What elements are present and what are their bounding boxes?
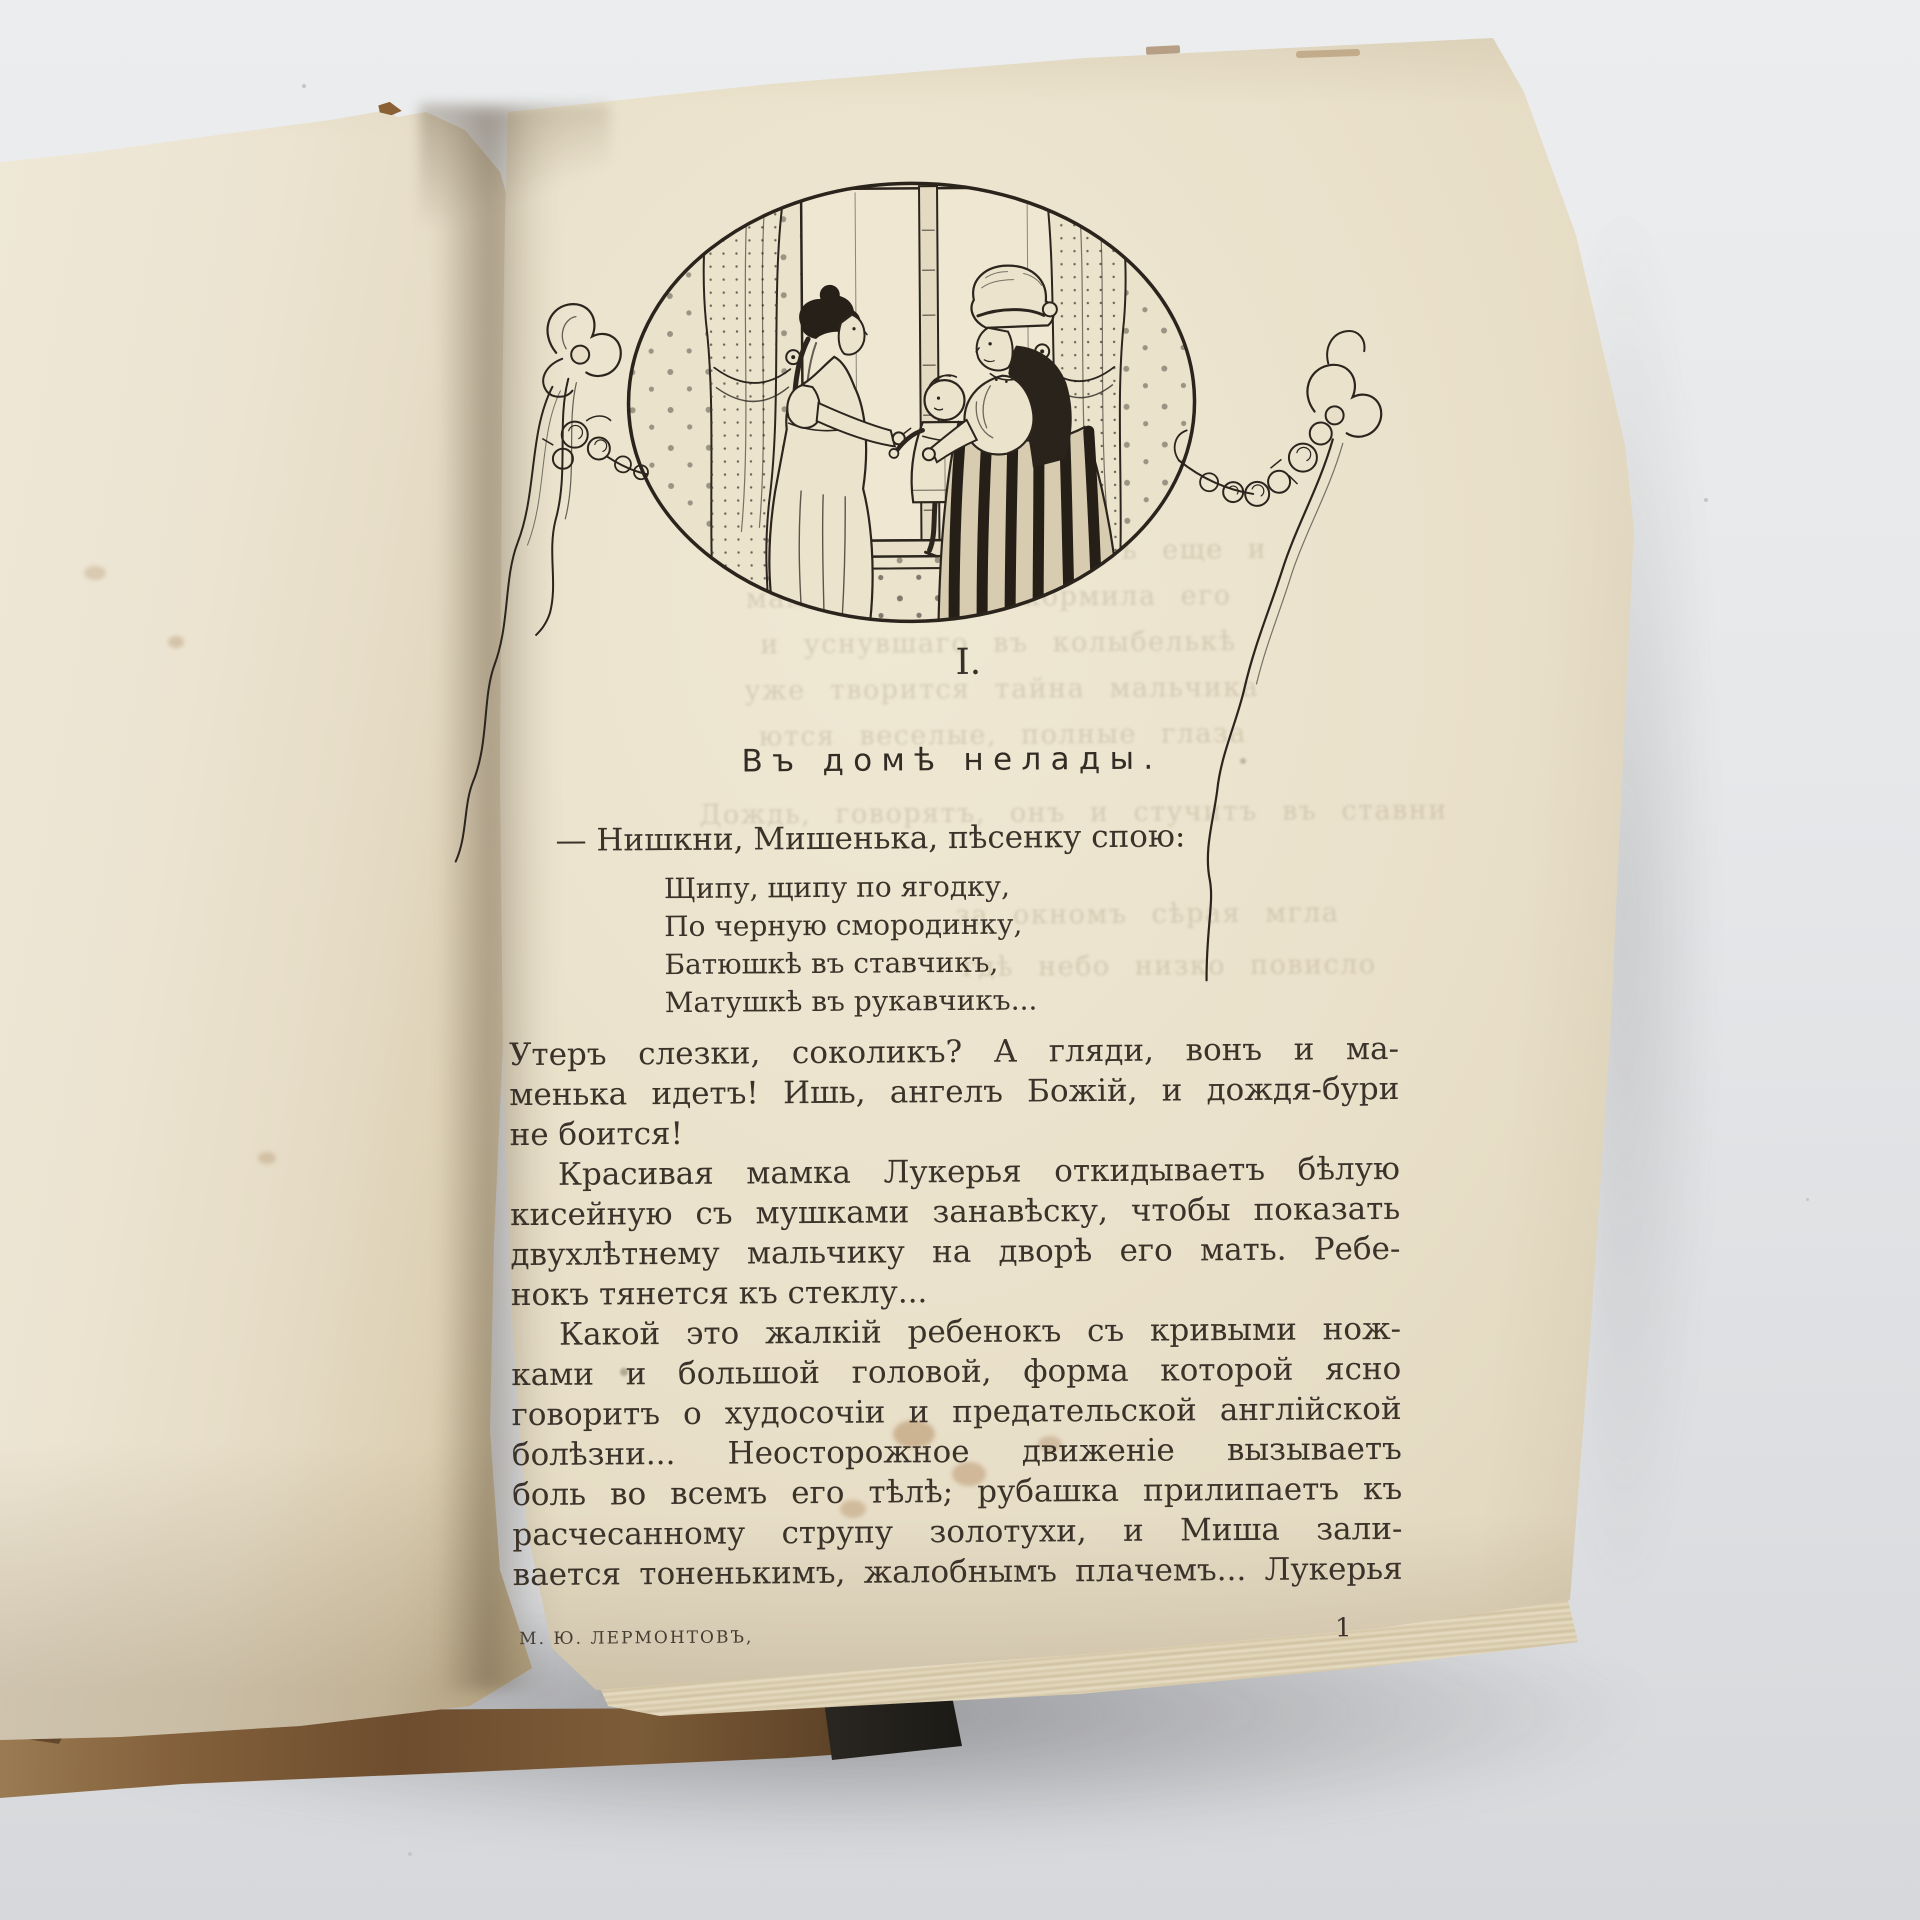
- text-line: не боится!: [510, 1111, 1400, 1157]
- running-title: М. Ю. ЛЕРМОНТОВЪ,: [519, 1627, 753, 1649]
- text-line: боль во всемъ его тѣлѣ; рубашка прилипае…: [512, 1471, 1402, 1517]
- poem-line: По черную смородинку,: [664, 906, 1224, 948]
- text-line: болѣзни... Неосторожное движеніе вызывае…: [512, 1431, 1402, 1477]
- body-text: Утеръ слезки, соколикъ? А гляди, вонъ и …: [509, 1031, 1403, 1597]
- text-line: вается тоненькимъ, жалобнымъ плачемъ... …: [513, 1551, 1403, 1597]
- text-line: говоритъ о худосочіи и предательской анг…: [511, 1391, 1401, 1437]
- page-content: пѣсенку Миши знаетъ еще имамка Лукерья к…: [0, 0, 1706, 1767]
- poem-line: Щипу, щипу по ягодку,: [664, 868, 1224, 910]
- text-line: ками и большой головой, форма которой яс…: [511, 1351, 1401, 1397]
- text-line: нокъ тянется къ стеклу...: [511, 1271, 1401, 1317]
- chapter-title: Въ домѣ нелады.: [507, 739, 1397, 781]
- text-line: Красивая мамка Лукерья откидываетъ бѣлую: [510, 1151, 1400, 1197]
- poem-line: Батюшкѣ въ ставчикъ,: [664, 944, 1224, 986]
- text-line: расчесанному струпу золотухи, и Миша зал…: [512, 1511, 1402, 1557]
- text-line: Утеръ слезки, соколикъ? А гляди, вонъ и …: [509, 1031, 1399, 1077]
- dust-speck: [1806, 1198, 1809, 1201]
- folk-song-verse: Щипу, щипу по ягодку,По черную смородинк…: [664, 868, 1225, 1024]
- dust-speck: [408, 1852, 412, 1856]
- chapter-number: I.: [898, 641, 1038, 683]
- text-line: менька идетъ! Ишь, ангелъ Божій, и дождя…: [509, 1071, 1399, 1117]
- poem-line: Матушкѣ въ рукавчикъ...: [665, 982, 1225, 1024]
- vignette-scene: [615, 168, 1218, 650]
- page-number: 1: [1335, 1613, 1352, 1643]
- photo-of-open-book: пѣсенку Миши знаетъ еще имамка Лукерья к…: [0, 0, 1920, 1920]
- dialogue-line: — Нишкни, Мишенька, пѣсенку спою:: [555, 817, 1397, 859]
- text-line: кисейную съ мушками занавѣску, чтобы пок…: [510, 1191, 1400, 1237]
- text-line: Какой это жалкій ребенокъ съ кривыми нож…: [511, 1311, 1401, 1357]
- text-line: двухлѣтнему мальчику на дворѣ его мать. …: [510, 1231, 1400, 1277]
